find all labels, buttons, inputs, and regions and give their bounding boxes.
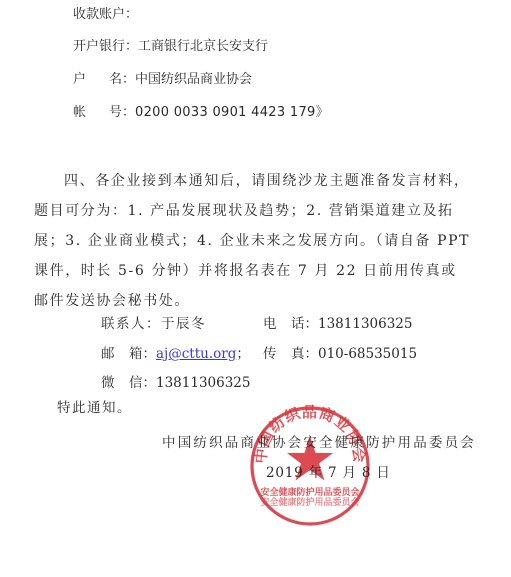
wechat-label-1: 微 [101, 374, 129, 392]
email-label-1: 邮 [101, 345, 129, 363]
contact-person-label: 联系人： [101, 316, 161, 332]
wechat-label-2: 信： [129, 375, 156, 391]
account-name-label-1: 户 [73, 71, 109, 89]
svg-text:安全健康防护用品委员会: 安全健康防护用品委员会 [260, 496, 359, 508]
account-number-row: 帐号：0200 0033 0901 4423 179》 [73, 104, 329, 122]
email-suffix: ； [236, 346, 250, 362]
email-label-2: 箱： [129, 346, 156, 362]
bank-value: 工商银行北京长安支行 [138, 39, 268, 54]
phone-label-2: 话： [291, 316, 318, 332]
account-name-row: 户名：中国纺织品商业协会 [73, 71, 252, 89]
fax-label-2: 真： [291, 346, 318, 362]
phone-value: 13811306325 [318, 316, 412, 332]
account-number-label-2: 号： [109, 105, 135, 120]
svg-text:安全健康防护用品委员会: 安全健康防护用品委员会 [260, 486, 359, 498]
contact-person-row: 联系人：于辰冬 [101, 315, 206, 333]
signature-organization: 中国纺织品商业协会安全健康防护用品委员会 [162, 431, 476, 451]
account-heading: 收款账户： [73, 6, 138, 24]
fax-label-1: 传 [263, 345, 291, 363]
account-name-label-2: 名： [109, 72, 135, 87]
contact-wechat-row: 微信：13811306325 [101, 374, 250, 392]
section-four-text: 四、各企业接到本通知后，请围绕沙龙主题准备发言材料，题目可分为：1. 产品发展现… [34, 173, 470, 309]
signature-date: 2019 年 7 月 8 日 [266, 461, 391, 481]
fax-value: 010-68535015 [318, 346, 417, 362]
account-name-value: 中国纺织品商业协会 [135, 72, 252, 87]
section-four-paragraph: 四、各企业接到本通知后，请围绕沙龙主题准备发言材料，题目可分为：1. 产品发展现… [34, 166, 472, 316]
contact-phone-row: 电话：13811306325 [263, 315, 412, 333]
bank-label: 开户银行： [73, 39, 138, 54]
contact-fax-row: 传真：010-68535015 [263, 345, 417, 363]
contact-email-row: 邮箱：aj@cttu.org； [101, 345, 250, 363]
bank-row: 开户银行：工商银行北京长安支行 [73, 38, 268, 56]
wechat-value: 13811306325 [156, 375, 250, 391]
account-number-label-1: 帐 [73, 104, 109, 122]
phone-label-1: 电 [263, 315, 291, 333]
contact-person-value: 于辰冬 [161, 316, 206, 332]
email-link[interactable]: aj@cttu.org [156, 346, 236, 362]
closing-notice: 特此通知。 [57, 399, 132, 417]
account-number-value: 0200 0033 0901 4423 179》 [135, 105, 329, 120]
